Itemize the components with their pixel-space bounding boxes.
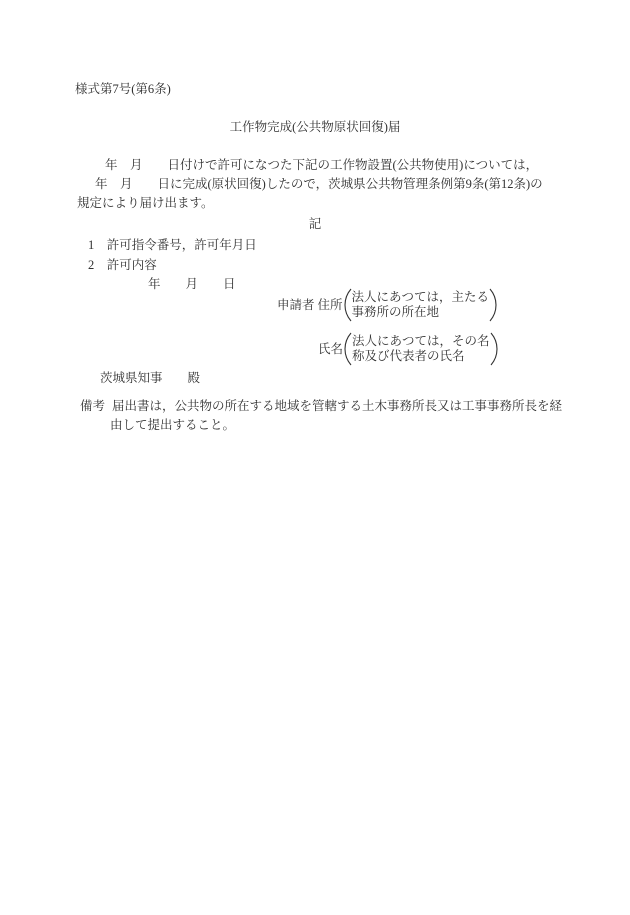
- name-note: 法人にあつては，その名 称及び代表者の氏名: [352, 334, 490, 364]
- name-note-line-2: 称及び代表者の氏名: [352, 349, 490, 364]
- address-note: 法人にあつては，主たる 事務所の所在地: [352, 290, 490, 320]
- remark-label: 備考: [80, 400, 105, 413]
- address-label: 住所: [318, 299, 343, 312]
- paragraph-line-3: 規定により届け出ます。: [77, 197, 214, 210]
- open-paren-icon: [343, 331, 352, 367]
- addressee-line: 茨城県知事 殿: [100, 372, 200, 385]
- applicant-name-row: 氏名 法人にあつては，その名 称及び代表者の氏名: [318, 331, 499, 367]
- list-item-2: 2 許可内容: [88, 259, 157, 272]
- remark-line-2: 由して提出すること。: [110, 419, 235, 432]
- paragraph-line-2: 年 月 日に完成(原状回復)したので，茨城県公共物管理条例第9条(第12条)の: [95, 178, 543, 191]
- close-paren-icon: [490, 331, 499, 367]
- applicant-label: 申請者: [277, 299, 315, 312]
- document-title: 工作物完成(公共物原状回復)届: [0, 121, 630, 134]
- date-line: 年 月 日: [148, 278, 236, 291]
- form-number: 様式第7号(第6条): [75, 83, 171, 96]
- name-note-line-1: 法人にあつては，その名: [352, 334, 490, 349]
- applicant-address-row: 申請者 住所 法人にあつては，主たる 事務所の所在地: [277, 287, 498, 323]
- list-item-1: 1 許可指令番号，許可年月日: [88, 239, 257, 252]
- close-paren-icon: [489, 287, 498, 323]
- address-note-line-1: 法人にあつては，主たる: [352, 290, 490, 305]
- remark-line-1: 届出書は，公共物の所在する地域を管轄する土木事務所長又は工事事務所長を経: [112, 400, 562, 413]
- ki-heading: 記: [0, 218, 630, 231]
- name-label: 氏名: [318, 343, 343, 356]
- address-note-line-2: 事務所の所在地: [352, 305, 490, 320]
- open-paren-icon: [343, 287, 352, 323]
- form-document-page: 様式第7号(第6条) 工作物完成(公共物原状回復)届 年 月 日付けで許可になつ…: [0, 0, 630, 915]
- paragraph-line-1: 年 月 日付けで許可になつた下記の工作物設置(公共物使用)については，: [105, 159, 538, 172]
